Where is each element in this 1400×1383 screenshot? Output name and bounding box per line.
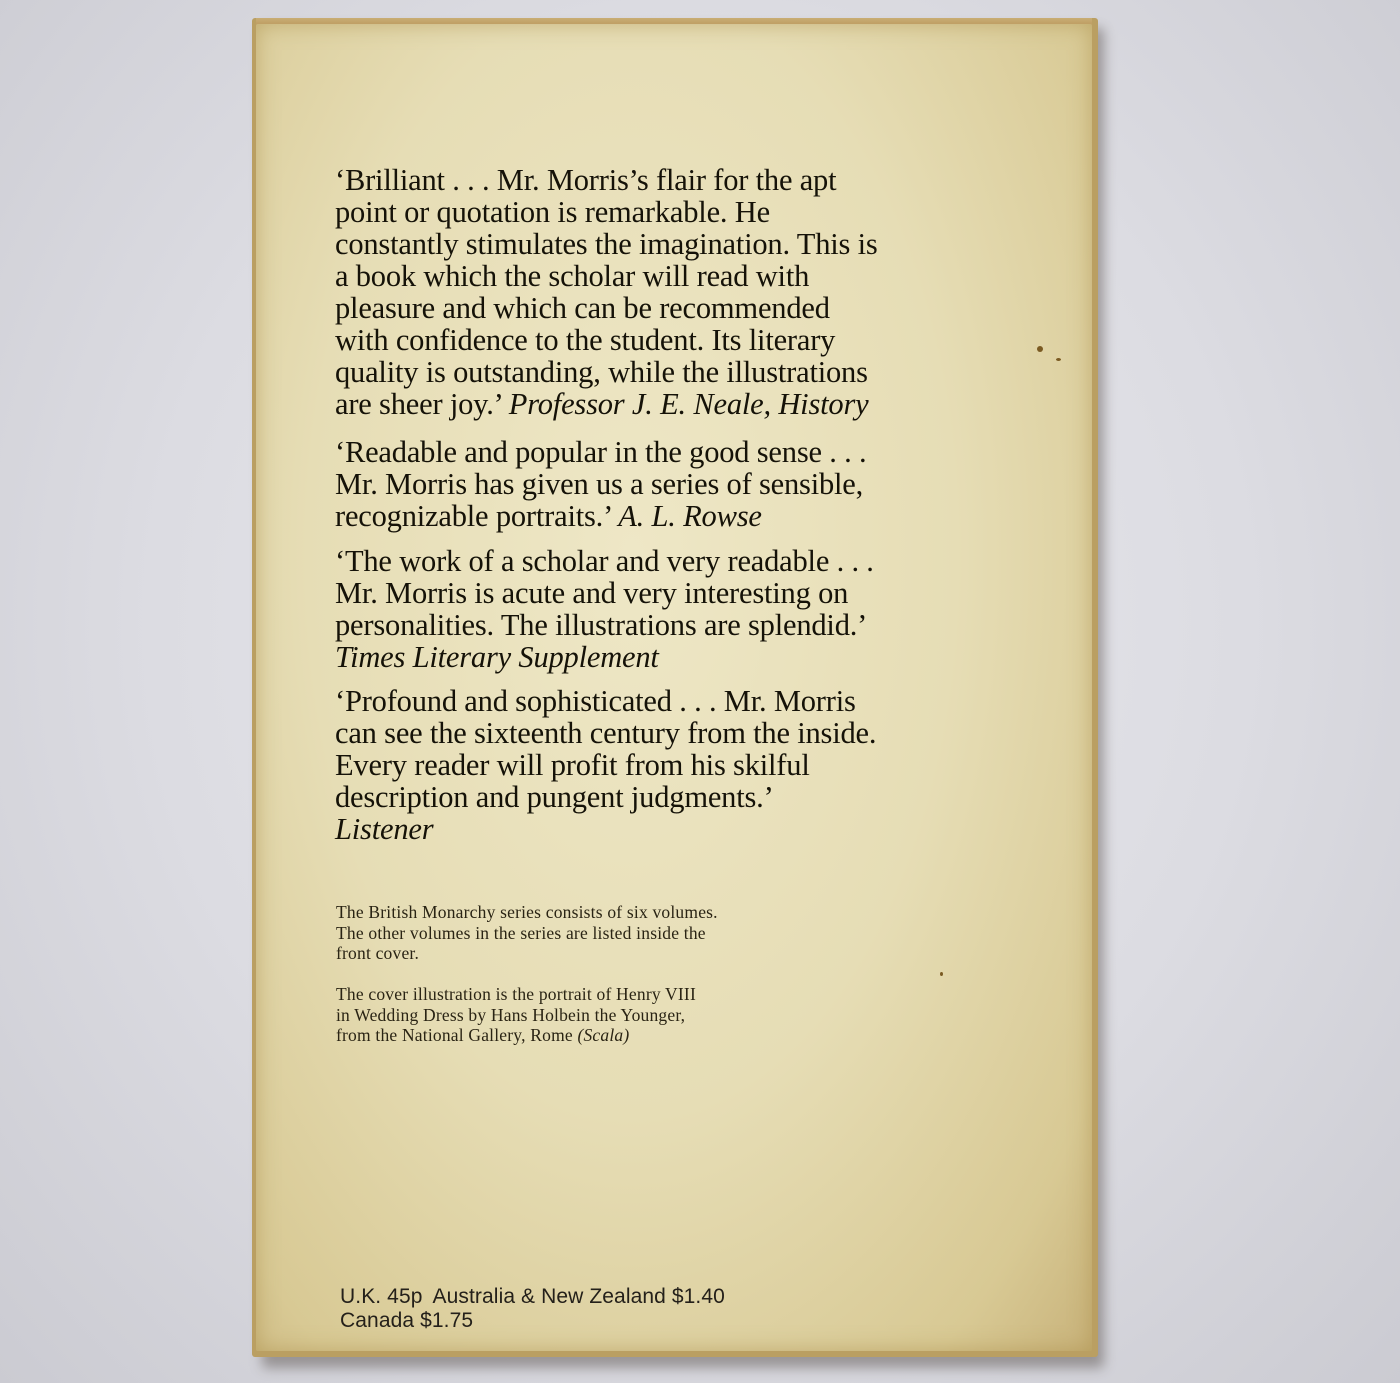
quote-line: personalities. The illustrations are spl…: [335, 608, 867, 642]
review-attribution: A. L. Rowse: [618, 499, 762, 533]
quote-line: a book which the scholar will read with: [335, 259, 809, 293]
stain-speck: [1037, 346, 1043, 352]
quote-line: pleasure and which can be recommended: [335, 291, 830, 325]
quote-line: ‘The work of a scholar and very readable…: [335, 544, 874, 578]
note-line: in Wedding Dress by Hans Holbein the You…: [336, 1005, 685, 1025]
review-quote-4: ‘Profound and sophisticated . . . Mr. Mo…: [335, 685, 995, 845]
quote-line: with confidence to the student. Its lite…: [335, 323, 835, 357]
quote-line: Mr. Morris has given us a series of sens…: [335, 467, 863, 501]
series-note: The British Monarchy series consists of …: [336, 902, 856, 964]
quote-line: Mr. Morris is acute and very interesting…: [335, 576, 848, 610]
review-quote-2: ‘Readable and popular in the good sense …: [335, 436, 995, 532]
review-attribution: Listener: [335, 812, 433, 846]
quote-line: can see the sixteenth century from the i…: [335, 716, 876, 750]
cover-illustration-note: The cover illustration is the portrait o…: [336, 984, 856, 1046]
note-line: The other volumes in the series are list…: [336, 923, 706, 943]
quote-line: ‘Readable and popular in the good sense …: [335, 435, 866, 469]
stain-speck: [940, 972, 943, 976]
quote-line: Every reader will profit from his skilfu…: [335, 748, 810, 782]
price-canada: Canada $1.75: [340, 1309, 473, 1332]
review-attribution: Times Literary Supplement: [335, 640, 659, 674]
quote-line: point or quotation is remarkable. He: [335, 195, 770, 229]
price-australia-nz: Australia & New Zealand $1.40: [433, 1285, 725, 1308]
note-line: front cover.: [336, 943, 419, 963]
quote-line: are sheer joy.’: [335, 387, 501, 421]
note-line: from the National Gallery, Rome: [336, 1025, 573, 1045]
review-quote-3: ‘The work of a scholar and very readable…: [335, 545, 995, 673]
quote-line: ‘Profound and sophisticated . . . Mr. Mo…: [335, 684, 856, 718]
quote-line: recognizable portraits.’: [335, 499, 611, 533]
note-line: The cover illustration is the portrait o…: [336, 984, 696, 1004]
review-attribution: Professor J. E. Neale, History: [509, 387, 869, 421]
quote-line: quality is outstanding, while the illust…: [335, 355, 868, 389]
note-line: The British Monarchy series consists of …: [336, 902, 718, 922]
image-credit: (Scala): [577, 1025, 629, 1045]
price-uk: U.K. 45p: [340, 1285, 423, 1308]
review-quote-1: ‘Brilliant . . . Mr. Morris’s flair for …: [335, 164, 995, 420]
quote-line: constantly stimulates the imagination. T…: [335, 227, 878, 261]
stain-speck: [1056, 358, 1061, 361]
quote-line: ‘Brilliant . . . Mr. Morris’s flair for …: [335, 163, 836, 197]
price-list: U.K. 45pAustralia & New Zealand $1.40 Ca…: [340, 1285, 725, 1333]
quote-line: description and pungent judgments.’: [335, 780, 774, 814]
